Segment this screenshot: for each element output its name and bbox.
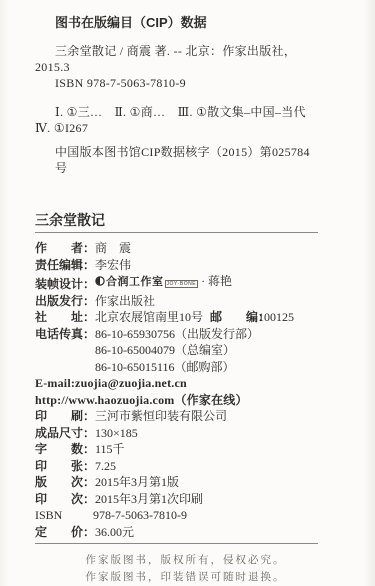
- design-studio-name: 合润工作室: [106, 276, 164, 288]
- row-label: 作 者：: [35, 240, 95, 257]
- row-value: 2015年3月第1次印刷: [95, 492, 203, 506]
- cip-record-line: 中国版本图书馆CIP数据核字（2015）第025784号: [55, 144, 318, 176]
- row-label-2: 邮 编：: [210, 309, 258, 326]
- row-label: 印 张：: [35, 458, 95, 475]
- colophon-block: 三余堂散记 作 者：商 震责任编辑：李宏伟装帧设计：合润工作室JOY·BONE …: [35, 212, 318, 540]
- row-label: 社 址：: [35, 309, 95, 326]
- row-label: 定 价：: [35, 524, 95, 541]
- colophon-row: 86-10-65015116（邮购部）: [35, 359, 318, 376]
- row-value: 86-10-65004079（总编室）: [95, 343, 235, 357]
- row-value: 978-7-5063-7810-9: [93, 508, 187, 522]
- colophon-row: 印 次：2015年3月第1次印刷: [35, 491, 318, 508]
- row-label: 电话传真：: [35, 326, 95, 343]
- row-value: 86-10-65015116（邮购部）: [95, 360, 235, 374]
- row-label: 装帧设计：: [35, 276, 95, 293]
- cip-classification-line-1: Ⅰ. ①三… Ⅱ. ①商… Ⅲ. ①散文集–中国–当代: [55, 104, 318, 120]
- row-value: 36.00元: [95, 525, 134, 539]
- book-title: 三余堂散记: [35, 212, 318, 233]
- colophon-row: E-mail:zuojia@zuojia.net.cn: [35, 375, 318, 392]
- row-value: 三河市紫恒印装有限公司: [95, 409, 227, 423]
- return-policy-line: 作家版图书，印装错误可随时退换。: [53, 569, 318, 586]
- colophon-row: 作 者：商 震: [35, 240, 318, 257]
- colophon-row: http://www.haozuojia.com（作家在线）: [35, 392, 318, 409]
- row-label: ISBN: [35, 507, 93, 524]
- colophon-row: 版 次：2015年3月第1版: [35, 474, 318, 491]
- publisher-notice: 作家版图书，版权所有，侵权必究。 作家版图书，印装错误可随时退换。: [35, 552, 318, 586]
- colophon-row: 印 刷：三河市紫恒印装有限公司: [35, 408, 318, 425]
- row-label: 印 刷：: [35, 408, 95, 425]
- colophon-row: 责任编辑：李宏伟: [35, 257, 318, 274]
- circle-monogram-icon: [95, 276, 105, 286]
- colophon-row: 装帧设计：合润工作室JOY·BONE · 蒋艳: [35, 273, 318, 293]
- cip-block: 图书在版编目（CIP）数据 三余堂散记 / 商震 著. -- 北京：作家出版社，…: [35, 15, 318, 176]
- colophon-row: 字 数：115千: [35, 441, 318, 458]
- colophon-row: 印 张：7.25: [35, 458, 318, 475]
- cip-title-line-wrap: 2015.3: [35, 59, 318, 75]
- row-value: 115千: [95, 442, 125, 456]
- colophon-line-text: E-mail:zuojia@zuojia.net.cn: [35, 376, 187, 390]
- row-value: 北京农展馆南里10号: [95, 309, 210, 326]
- colophon-row: ISBN978-7-5063-7810-9: [35, 507, 318, 524]
- design-studio-subname: JOY·BONE: [165, 280, 199, 288]
- cip-isbn-line: ISBN 978-7-5063-7810-9: [55, 75, 318, 91]
- cip-title-line: 三余堂散记 / 商震 著. -- 北京：作家出版社，: [55, 43, 318, 59]
- colophon-row: 出版发行：作家出版社: [35, 293, 318, 310]
- row-value: 7.25: [95, 459, 116, 473]
- colophon-row: 电话传真：86-10-65930756（出版发行部）: [35, 326, 318, 343]
- row-label: 责任编辑：: [35, 257, 95, 274]
- row-label: 版 次：: [35, 474, 95, 491]
- row-value: 130×185: [95, 426, 138, 440]
- colophon-rows: 作 者：商 震责任编辑：李宏伟装帧设计：合润工作室JOY·BONE · 蒋艳出版…: [35, 240, 318, 540]
- cip-heading: 图书在版编目（CIP）数据: [55, 15, 318, 31]
- cip-classification-line-2: Ⅳ. ①I267: [35, 120, 318, 136]
- row-label: 出版发行：: [35, 293, 95, 310]
- copyright-notice-line: 作家版图书，版权所有，侵权必究。: [53, 552, 318, 569]
- row-label: 印 次：: [35, 491, 95, 508]
- row-value: 商 震: [95, 241, 131, 255]
- design-credit: 合润工作室JOY·BONE · 蒋艳: [95, 274, 232, 288]
- row-value: 作家出版社: [95, 294, 155, 308]
- row-label: 字 数：: [35, 441, 95, 458]
- colophon-row: 定 价：36.00元: [35, 524, 318, 541]
- designer-name: · 蒋艳: [198, 274, 232, 288]
- row-value-2: 100125: [258, 310, 294, 324]
- row-value: 李宏伟: [95, 258, 131, 272]
- colophon-line-text: http://www.haozuojia.com（作家在线）: [35, 393, 248, 407]
- row-value: 86-10-65930756（出版发行部）: [95, 327, 259, 341]
- row-value: 2015年3月第1版: [95, 475, 179, 489]
- colophon-row: 成品尺寸：130×185: [35, 425, 318, 442]
- colophon-row: 86-10-65004079（总编室）: [35, 342, 318, 359]
- copyright-page: 图书在版编目（CIP）数据 三余堂散记 / 商震 著. -- 北京：作家出版社，…: [0, 0, 375, 586]
- divider-rule: [35, 543, 318, 544]
- colophon-row: 社 址：北京农展馆南里10号邮 编：100125: [35, 309, 318, 326]
- row-label: 成品尺寸：: [35, 425, 95, 442]
